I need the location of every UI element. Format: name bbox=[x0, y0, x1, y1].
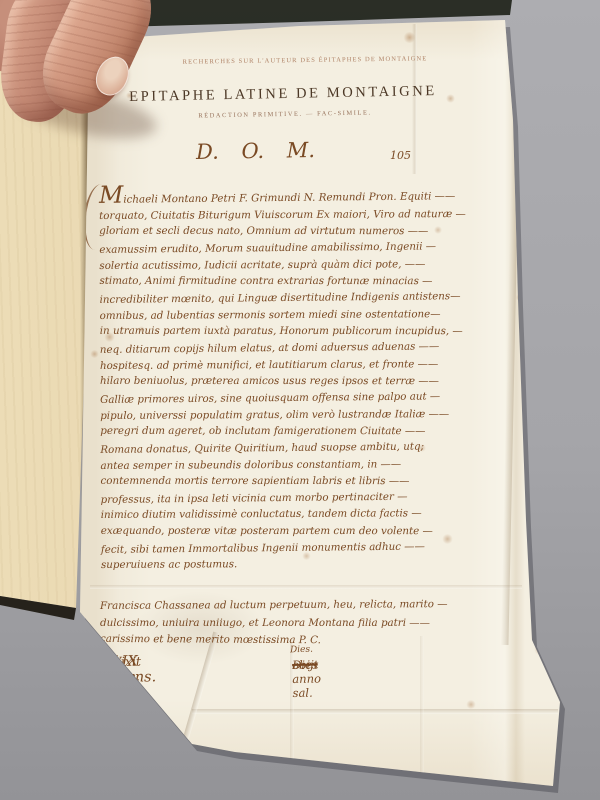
manuscript-line: Michaeli Montano Petri F. Grimundi N. Re… bbox=[99, 183, 465, 208]
manuscript-line: Francisca Chassanea ad luctum perpetuum,… bbox=[100, 596, 466, 615]
manuscript-line: torquato, Ciuitatis Biturigum Viuiscorum… bbox=[99, 206, 465, 225]
manuscript-line: peregri dum ageret, ob inclutam famigera… bbox=[100, 423, 466, 440]
page-edge-shading bbox=[497, 20, 521, 645]
manuscript-line: exæquando, posteræ vitæ posteram partem … bbox=[101, 523, 467, 540]
photo-stage: RECHERCHES SUR L'AUTEUR DES ÉPITAPHES DE… bbox=[0, 0, 600, 800]
manuscript-line: inimico diutim validissimè conluctatus, … bbox=[101, 506, 467, 525]
manuscript-line: professus, ita in ipsa leti vicinia cum … bbox=[101, 488, 467, 508]
manuscript-line: omnibus, ad lubentias sermonis sortem mi… bbox=[100, 306, 466, 325]
manuscript-line: contemnenda mortis terrore sapientiam la… bbox=[101, 473, 467, 490]
dedication-block: Francisca Chassanea ad luctum perpetuum,… bbox=[100, 597, 466, 650]
page-title: EPITAPHE LATINE DE MONTAIGNE bbox=[108, 83, 458, 107]
manuscript-line: carissimo et bene merito mœstissima P. C… bbox=[100, 631, 466, 651]
manuscript-line: superuiuens ac postumus. bbox=[101, 555, 467, 574]
manuscript-line: dulcissimo, uniuira uniiugo, et Leonora … bbox=[100, 615, 466, 633]
manuscript-page-number: 105 bbox=[390, 149, 411, 162]
fold-crease bbox=[192, 709, 558, 714]
manuscript-line: hospitesq. ad primè munifici, et lautiti… bbox=[100, 356, 466, 375]
foxing-spot bbox=[466, 700, 476, 709]
obiit-text: obijt anno sal. bbox=[292, 658, 321, 700]
manuscript-line: gloriam et secli decus nato, Omnium ad v… bbox=[99, 223, 465, 240]
dies-superscript: Dies. bbox=[290, 645, 313, 656]
foxing-spot bbox=[403, 32, 416, 43]
date-numerals: CIƆ IƆ VIIIC bbox=[106, 675, 147, 730]
date-suffix: idib. Aug. bbox=[106, 675, 132, 702]
page-subtitle: RÉDACTION PRIMITIVE. — FAC-SIMILE. bbox=[120, 108, 450, 121]
fold-crease bbox=[420, 636, 424, 776]
dom-heading: D. O. M. bbox=[196, 138, 315, 164]
manuscript-line: antea semper in subeundis doloribus cons… bbox=[100, 456, 466, 475]
manuscript-line: stimato, Animi firmitudine contra extrar… bbox=[99, 273, 465, 290]
foxing-spot bbox=[90, 350, 99, 358]
manuscript-line: hilaro beniuolus, præterea amicos usus r… bbox=[100, 373, 466, 390]
manuscript-line: solertia acutissimo, Iudicii acritate, s… bbox=[99, 256, 465, 275]
manuscript-line: in utramuis partem iuxtà paratus, Honoru… bbox=[100, 323, 466, 340]
manuscript-body: Michaeli Montano Petri F. Grimundi N. Re… bbox=[99, 184, 467, 574]
manuscript-line: pipulo, universsi populatim gratus, olim… bbox=[100, 406, 466, 425]
manuscript-line: fecit, sibi tamen Immortalibus Ingenii m… bbox=[101, 538, 467, 558]
